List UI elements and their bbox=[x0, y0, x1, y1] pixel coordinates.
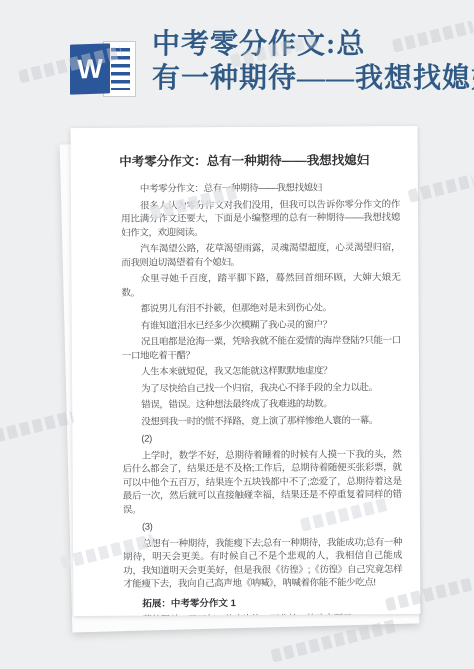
essay-paragraph: 很多人认为零分作文对我们没用，但我可以告诉你零分作文的作用比满分作文还要大，下面… bbox=[121, 198, 400, 240]
document-title-line1: 中考零分作文:总 bbox=[152, 28, 474, 62]
essay-paragraph: 总想有一种期待，我能瘦下去;总有一种期待，我能成功;总有一种期待，明天会更美。有… bbox=[123, 536, 402, 592]
word-w-badge-icon: W bbox=[70, 43, 110, 94]
essay-paragraph: (2) bbox=[122, 431, 401, 446]
essay-paragraph: 都说男儿有泪不扑簌，但那绝对是未到伤心处。 bbox=[122, 301, 401, 316]
essay-paragraph: 没想到我一时的慌不择路，竟上演了那样惨绝人寰的一幕。 bbox=[122, 414, 401, 429]
essay-paragraph: 为了尽快给自己找一个归宿，我决心不择手段的全力以赴。 bbox=[122, 381, 401, 396]
document-page: 中考零分作文：总有一种期待——我想找媳妇 中考零分作文：总有一种期待——我想找媳… bbox=[71, 126, 421, 616]
essay-paragraph: 众里寻她千百度，踏平脚下路，蓦然回首细环顾，大婶大娘无数。 bbox=[121, 271, 400, 300]
word-icon-letter: W bbox=[77, 55, 102, 83]
header: W 中考零分作文:总 有一种期待——我想找媳妇 bbox=[0, 0, 474, 120]
essay-paragraph: 上学时，数学不好，总期待着睡着的时候有人摸一下我的头，然后什么都会了，结果还是不… bbox=[122, 448, 401, 517]
essay-paragraph: 拓展：中考零分作文 1 bbox=[123, 596, 402, 611]
essay-paragraph: 有谁知道泪水已经多少次模糊了我心灵的窗户？ bbox=[122, 318, 401, 333]
essay-paragraph: 人生本来就短促，我又怎能就这样默默地虚度？ bbox=[122, 364, 401, 379]
essay-heading: 中考零分作文：总有一种期待——我想找媳妇 bbox=[89, 152, 400, 170]
document-preview-screen: W 中考零分作文:总 有一种期待——我想找媳妇 中考零分作文：总有一种期待——我… bbox=[0, 0, 474, 669]
document-title: 中考零分作文:总 有一种期待——我想找媳妇 bbox=[152, 28, 474, 96]
essay-paragraph: 况且咱都是沧海一粟，凭啥我就不能在爱情的海岸登陆?只能一口一口地吃着干醋？ bbox=[122, 334, 401, 363]
watermark bbox=[0, 411, 74, 443]
essay-paragraph: (3) bbox=[123, 519, 402, 534]
essay-paragraph: 汽车渴望公路，花草渴望雨露，灵魂渴望超度，心灵渴望归宿，而我则迫切渴望着有个媳妇… bbox=[121, 241, 400, 270]
essay-body: 中考零分作文：总有一种期待——我想找媳妇 很多人认为零分作文对我们没用，但我可以… bbox=[121, 181, 403, 616]
document-title-line2: 有一种期待——我想找媳妇 bbox=[152, 62, 474, 96]
essay-paragraph: 中考零分作文：总有一种期待——我想找媳妇 bbox=[121, 181, 400, 196]
word-icon: W bbox=[70, 40, 136, 98]
essay-paragraph: 错误，错误。这种想法最终成了我难逃的劫数。 bbox=[122, 397, 401, 412]
